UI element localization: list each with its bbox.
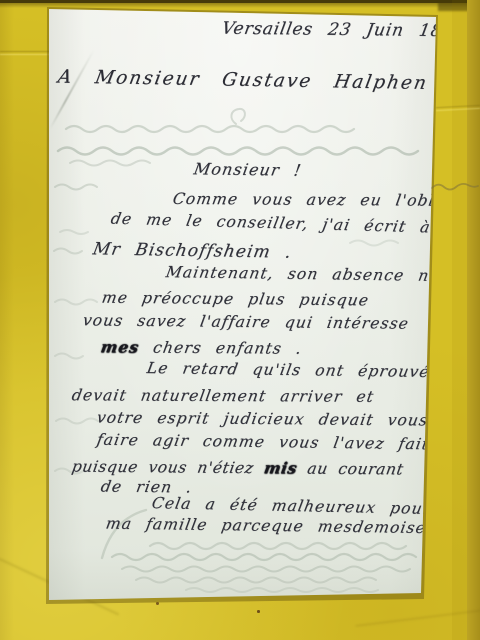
dust-speck (257, 610, 260, 613)
letter-photograph: Versailles 23 Juin 1864. A Monsieur Gust… (0, 0, 480, 640)
dust-speck (156, 602, 159, 605)
pencil-scribble-on-backing (0, 0, 480, 640)
